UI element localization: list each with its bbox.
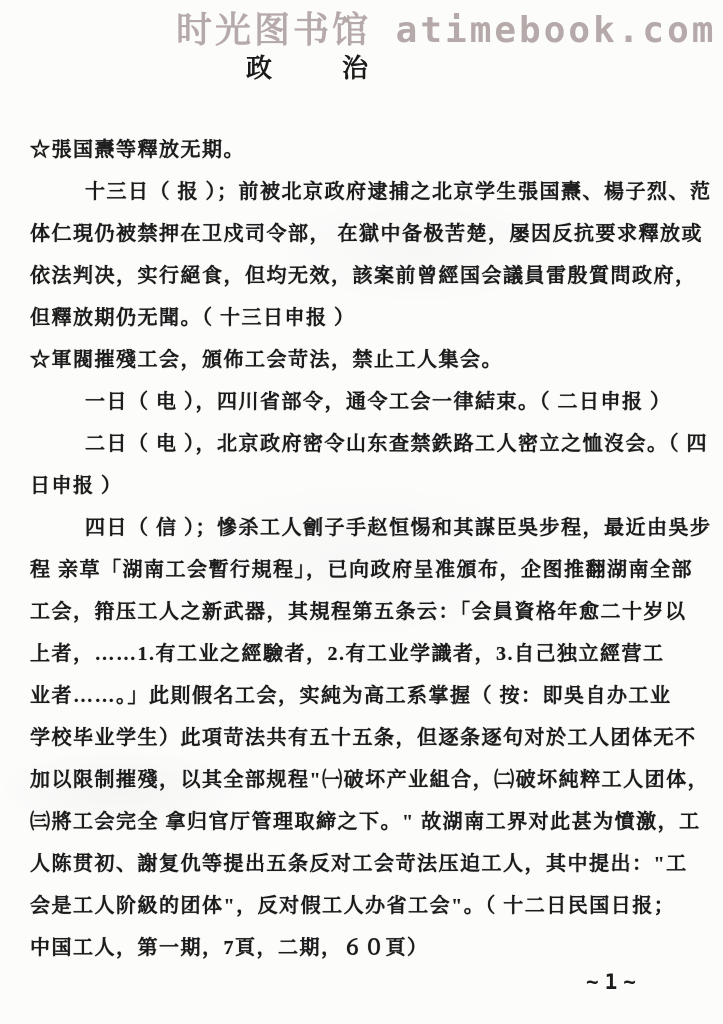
text-line: 一日（ 电 ），四川省部令，通令工会一律結束。（ 二日申报 ）	[30, 381, 705, 423]
text-line: 十三日（ 报 ）；前被北京政府逮捕之北京学生張国燾、楊子烈、范	[30, 171, 705, 213]
text-line: 业者……。」此則假名工会，实純为高工系掌握（ 按：即吳自办工业	[30, 675, 705, 717]
text-line: 中国工人，第一期，7頁，二期，６０頁）	[30, 927, 705, 969]
text-line: 会是工人阶級的团体"，反对假工人办省工会"。（ 十二日民国日报；	[30, 885, 705, 927]
text-line: 工会，箝压工人之新武器，其規程第五条云：「会員資格年愈二十岁以	[30, 591, 705, 633]
scanned-document-page: 时光图书馆 atimebook.com 政治 ☆張国燾等釋放无期。 十三日（ 报…	[0, 0, 723, 1024]
text-line: 日申报 ）	[30, 465, 705, 507]
text-line: 依法判决，实行絕食，但均无效，該案前曾經国会議員雷殷質問政府，	[30, 255, 705, 297]
text-line: 上者，……1.有工业之經驗者，2.有工业学識者，3.自己独立經营工	[30, 633, 705, 675]
text-line: 人陈贯初、謝复仇等提出五条反对工会苛法压迫工人，其中提出："工	[30, 843, 705, 885]
page-number: ~1~	[586, 970, 642, 994]
text-line: 加以限制摧殘，以其全部规程"㈠破坏产业組合，㈡破坏純粹工人团体，	[30, 759, 705, 801]
text-line: 四日（ 信 ）；慘杀工人劊子手赵恒惕和其謀臣吳步程，最近由吳步	[30, 507, 705, 549]
text-line: 但釋放期仍无聞。（ 十三日申报 ）	[30, 297, 705, 339]
text-line: ☆軍閥摧殘工会，頒佈工会苛法，禁止工人集会。	[30, 339, 705, 381]
text-line: ㈢將工会完全 拿归官厅管理取締之下。" 故湖南工界对此甚为憤激，工	[30, 801, 705, 843]
text-line: 程 亲草「湖南工会暫行規程」，已向政府呈准頒布，企图推翻湖南全部	[30, 549, 705, 591]
watermark-text: 时光图书馆 atimebook.com	[176, 2, 716, 53]
text-line: 二日（ 电 ），北京政府密令山东查禁鉄路工人密立之恤沒会。（ 四	[30, 423, 705, 465]
page-title: 政治	[246, 48, 438, 85]
document-body: ☆張国燾等釋放无期。 十三日（ 报 ）；前被北京政府逮捕之北京学生張国燾、楊子烈…	[30, 129, 705, 969]
text-line: 体仁現仍被禁押在卫戍司令部， 在獄中备极苦楚，屡因反抗要求釋放或	[30, 213, 705, 255]
text-line: ☆張国燾等釋放无期。	[30, 129, 705, 171]
text-line: 学校毕业学生）此項苛法共有五十五条，但逐条逐句对於工人团体无不	[30, 717, 705, 759]
